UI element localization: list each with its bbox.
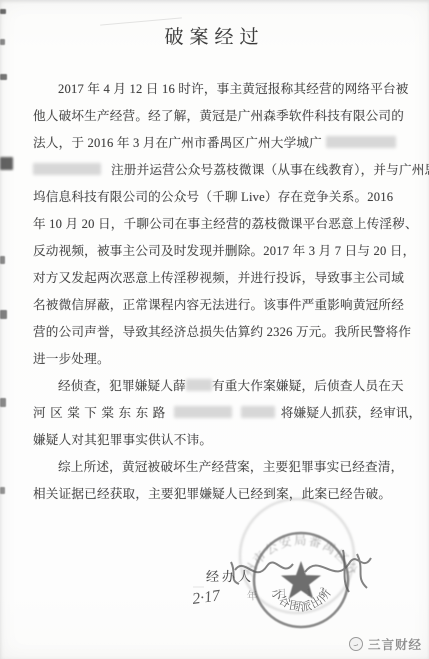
redaction-block	[186, 379, 212, 391]
document-line: 综上所述，黄冠被破坏生产经营案，主要犯罪事实已经查清，	[33, 454, 405, 481]
document-line: 经侦查，犯罪嫌疑人薛有重大作案嫌疑，后侦查人员在天	[33, 373, 405, 400]
scan-artifact	[0, 256, 5, 264]
official-stamp: 广州市公安局番禺区分局 小谷围派出所 2·17 年 月 12	[185, 492, 415, 652]
document-line: 坞信息科技有限公司的公众号（千聊 Live）存在竞争关系。2016	[33, 184, 405, 211]
document-line: 法人，于 2016 年 3 月在广州市番禺区广州大学城广	[33, 130, 405, 157]
line-text: 年 10 月 20 日，千聊公司在事主经营的荔枝微课平台恶意上传淫秽、	[33, 217, 418, 231]
line-text: 注册并运营公众号荔枝微课（从事在线教育），并与广州思	[111, 163, 429, 177]
line-text: 反动视频，被事主公司及时发现并删除。2017 年 3 月 7 日与 20 日，	[33, 244, 415, 258]
line-text: 有重大作案嫌疑，后侦查人员在天	[212, 379, 404, 393]
document-body: 2017 年 4 月 12 日 16 时许，事主黄冠报称其经营的网络平台被他人破…	[33, 76, 405, 508]
document-title: 破案经过	[0, 22, 429, 49]
document-line: 进一步处理。	[33, 346, 405, 373]
line-text: 法人，于 2016 年 3 月在广州市番禺区广州大学城广	[33, 136, 322, 150]
scan-artifact	[0, 157, 13, 170]
document-line: 嫌疑人对其犯罪事实供认不讳。	[33, 427, 405, 454]
scan-artifact	[0, 74, 7, 80]
redaction-block	[241, 406, 275, 418]
line-text: 对方又发起两次恶意上传淫秽视频，并进行投诉，导致事主公司域	[33, 271, 404, 285]
watermark: 三言财经	[349, 635, 422, 653]
line-text: 将嫌疑人抓获，经审讯，	[281, 406, 422, 420]
scan-artifact	[0, 310, 7, 319]
watermark-brand: 三言财经	[368, 635, 422, 653]
handwritten-date: 2·17	[191, 587, 222, 608]
line-text: 综上所述，黄冠被破坏生产经营案，主要犯罪事实已经查清，	[58, 460, 403, 474]
line-text: 经侦查，犯罪嫌疑人薛	[58, 379, 186, 393]
redaction-block	[33, 163, 101, 175]
document-line: 2017 年 4 月 12 日 16 时许，事主黄冠报称其经营的网络平台被	[33, 76, 405, 103]
gap	[101, 173, 111, 174]
redaction-block	[174, 406, 232, 418]
line-text: 2017 年 4 月 12 日 16 时许，事主黄冠报称其经营的网络平台被	[58, 82, 409, 96]
line-text: 名被微信屏蔽，正常课程内容无法进行。该事件严重影响黄冠所经	[33, 298, 404, 312]
line-text: 他人破坏生产经营。经了解，黄冠是广州森季软件科技有限公司的	[33, 109, 404, 123]
redaction-block	[326, 136, 396, 148]
document-line: 对方又发起两次恶意上传淫秽视频，并进行投诉，导致事主公司域	[33, 265, 405, 292]
scan-artifact	[0, 398, 6, 407]
document-line: 营的公司声誉，导致其经济总损失估算约 2326 万元。我所民警将作	[33, 319, 405, 346]
scan-artifact	[0, 9, 6, 14]
document-line: 他人破坏生产经营。经了解，黄冠是广州森季软件科技有限公司的	[33, 103, 405, 130]
line-text: 嫌疑人对其犯罪事实供认不讳。	[33, 433, 212, 447]
document-line: 反动视频，被事主公司及时发现并删除。2017 年 3 月 7 日与 20 日，	[33, 238, 405, 265]
document-line: 注册并运营公众号荔枝微课（从事在线教育），并与广州思	[33, 157, 405, 184]
scan-artifact	[0, 487, 5, 494]
watermark-logo-icon	[349, 637, 363, 651]
line-text: 河区棠下棠东东路	[33, 406, 170, 420]
document-line: 年 10 月 20 日，千聊公司在事主经营的荔枝微课平台恶意上传淫秽、	[33, 211, 405, 238]
document-line: 名被微信屏蔽，正常课程内容无法进行。该事件严重影响黄冠所经	[33, 292, 405, 319]
document-line: 河区棠下棠东东路将嫌疑人抓获，经审讯，	[33, 400, 405, 427]
line-text: 营的公司声誉，导致其经济总损失估算约 2326 万元。我所民警将作	[33, 325, 411, 339]
scanned-document: 破案经过 2017 年 4 月 12 日 16 时许，事主黄冠报称其经营的网络平…	[0, 0, 429, 659]
line-text: 进一步处理。	[33, 352, 110, 366]
gap	[232, 416, 241, 417]
line-text: 坞信息科技有限公司的公众号（千聊 Live）存在竞争关系。2016	[33, 190, 393, 204]
